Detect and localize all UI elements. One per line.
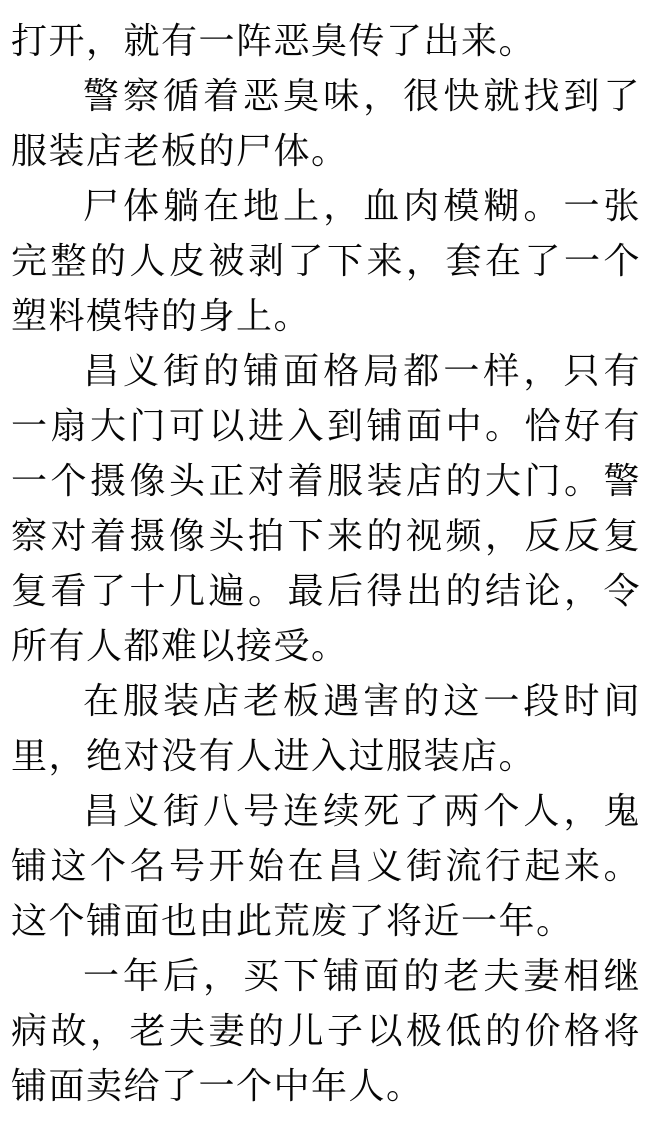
paragraph: 尸体躺在地上，血肉模糊。一张完整的人皮被剥了下来，套在了一个塑料模特的身上。	[11, 178, 641, 343]
paragraph: 一年后，买下铺面的老夫妻相继病故，老夫妻的儿子以极低的价格将铺面卖给了一个中年人…	[11, 948, 641, 1113]
paragraph: 打开，就有一阵恶臭传了出来。	[11, 13, 641, 68]
reader-page[interactable]: 打开，就有一阵恶臭传了出来。警察循着恶臭味，很快就找到了服装店老板的尸体。尸体躺…	[0, 0, 650, 1130]
paragraph: 警察循着恶臭味，很快就找到了服装店老板的尸体。	[11, 68, 641, 178]
paragraph: 在服装店老板遇害的这一段时间里，绝对没有人进入过服装店。	[11, 673, 641, 783]
novel-text-area: 打开，就有一阵恶臭传了出来。警察循着恶臭味，很快就找到了服装店老板的尸体。尸体躺…	[11, 13, 641, 1113]
paragraph: 昌义街八号连续死了两个人，鬼铺这个名号开始在昌义街流行起来。这个铺面也由此荒废了…	[11, 783, 641, 948]
paragraph: 昌义街的铺面格局都一样，只有一扇大门可以进入到铺面中。恰好有一个摄像头正对着服装…	[11, 343, 641, 673]
